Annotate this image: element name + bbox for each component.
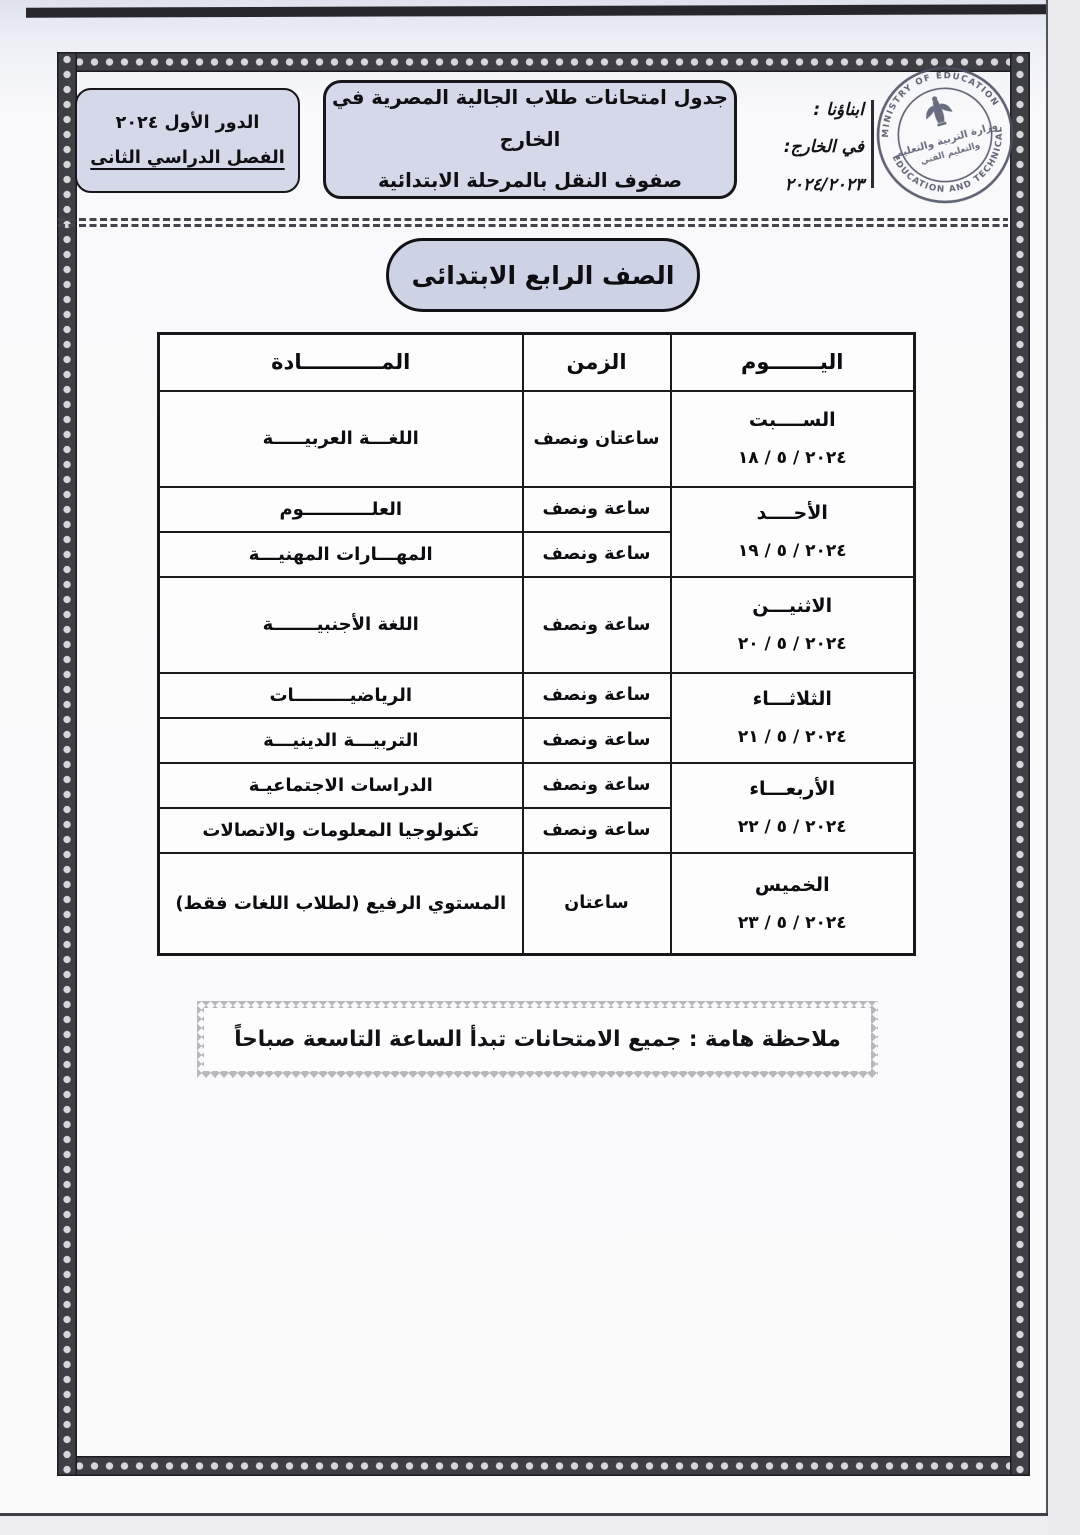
table-row-saturday: الســــبت ٢٠٢٤ / ٥ / ١٨ ساعتان ونصف اللغ…	[159, 391, 915, 487]
day-cell: الاثنيـــن ٢٠٢٤ / ٥ / ٢٠	[671, 577, 915, 673]
time-cell: ساعتان ونصف	[523, 391, 671, 487]
important-note-box: ملاحظة هامة : جميع الامتحانات تبدأ الساع…	[197, 1001, 878, 1078]
column-header-time: الزمن	[523, 334, 671, 391]
brand-years: ٢٠٢٤/٢٠٢٣	[742, 167, 864, 204]
time-cell: ساعة ونصف	[523, 532, 671, 577]
day-name: الأحــــد	[682, 502, 904, 524]
subject-cell: الدراسات الاجتماعيـة	[159, 763, 523, 808]
table-row-wednesday-1: الأربعـــاء ٢٠٢٤ / ٥ / ٢٢ ساعة ونصف الدر…	[159, 763, 915, 808]
page-top-edge	[26, 4, 1048, 18]
subject-cell: اللغـــة العربيـــــة	[159, 391, 523, 487]
brand-line2: في الخارج:	[742, 129, 864, 166]
column-header-subject: المـــــــــــادة	[159, 334, 523, 391]
session-box: الدور الأول ٢٠٢٤ الفصل الدراسي الثانى	[75, 88, 300, 193]
day-date: ٢٠٢٤ / ٥ / ٢٢	[682, 817, 904, 837]
day-name: الخميس	[682, 874, 904, 896]
exam-schedule-table: اليـــــــوم الزمن المـــــــــــادة الس…	[157, 332, 916, 956]
day-cell: الأحــــد ٢٠٢٤ / ٥ / ١٩	[671, 487, 915, 577]
day-date: ٢٠٢٤ / ٥ / ٢١	[682, 727, 904, 747]
decorative-border-bottom	[57, 1456, 1030, 1476]
document-title-box: جدول امتحانات طلاب الجالية المصرية في ال…	[323, 80, 737, 199]
day-date: ٢٠٢٤ / ٥ / ١٨	[682, 448, 904, 468]
time-cell: ساعة ونصف	[523, 808, 671, 853]
grade-title-pill: الصف الرابع الابتدائى	[386, 238, 700, 312]
decorative-border-top	[57, 52, 1030, 72]
time-cell: ساعة ونصف	[523, 763, 671, 808]
document-title-line2: صفوف النقل بالمرحلة الابتدائية	[378, 160, 682, 202]
column-header-day: اليـــــــوم	[671, 334, 915, 391]
dashed-separator	[58, 218, 1008, 227]
decorative-border-right	[1010, 52, 1030, 1476]
decorative-border-left	[57, 52, 77, 1476]
time-cell: ساعة ونصف	[523, 577, 671, 673]
subject-cell: العلـــــــــــوم	[159, 487, 523, 532]
table-row-thursday: الخميس ٢٠٢٤ / ٥ / ٢٣ ساعتان المستوي الرف…	[159, 853, 915, 955]
day-name: الثلاثـــاء	[682, 688, 904, 710]
day-name: الأربعـــاء	[682, 778, 904, 800]
subject-cell: تكنولوجيا المعلومات والاتصالات	[159, 808, 523, 853]
subject-cell: المهـــارات المهنيـــة	[159, 532, 523, 577]
day-cell: الخميس ٢٠٢٤ / ٥ / ٢٣	[671, 853, 915, 955]
subject-cell: اللغة الأجنبيـــــــة	[159, 577, 523, 673]
brand-text-block: ابناؤنا : في الخارج: ٢٠٢٤/٢٠٢٣	[742, 92, 864, 204]
session-round-label: الدور الأول ٢٠٢٤	[116, 106, 260, 141]
table-row-sunday-1: الأحــــد ٢٠٢٤ / ٥ / ١٩ ساعة ونصف العلــ…	[159, 487, 915, 532]
scanned-document-page: الدور الأول ٢٠٢٤ الفصل الدراسي الثانى جد…	[0, 0, 1080, 1535]
subject-cell: المستوي الرفيع (لطلاب اللغات فقط)	[159, 853, 523, 955]
important-note-text: ملاحظة هامة : جميع الامتحانات تبدأ الساع…	[204, 1008, 871, 1071]
day-date: ٢٠٢٤ / ٥ / ٢٠	[682, 634, 904, 654]
day-cell: الســــبت ٢٠٢٤ / ٥ / ١٨	[671, 391, 915, 487]
day-name: الاثنيـــن	[682, 595, 904, 617]
subject-cell: الرياضيـــــــــات	[159, 673, 523, 718]
table-row-monday: الاثنيـــن ٢٠٢٤ / ٥ / ٢٠ ساعة ونصف اللغة…	[159, 577, 915, 673]
ministry-seal-icon: MINISTRY OF EDUCATION EDUCATION AND TECH…	[857, 47, 1033, 223]
eagle-emblem-icon	[921, 93, 956, 130]
day-name: الســــبت	[682, 409, 904, 431]
day-date: ٢٠٢٤ / ٥ / ١٩	[682, 541, 904, 561]
table-header-row: اليـــــــوم الزمن المـــــــــــادة	[159, 334, 915, 391]
brand-line1: ابناؤنا :	[742, 92, 864, 129]
semester-label: الفصل الدراسي الثانى	[90, 141, 284, 176]
document-title-line1: جدول امتحانات طلاب الجالية المصرية في ال…	[326, 77, 734, 161]
time-cell: ساعتان	[523, 853, 671, 955]
day-cell: الثلاثـــاء ٢٠٢٤ / ٥ / ٢١	[671, 673, 915, 763]
page-right-edge	[1046, 0, 1080, 1535]
day-cell: الأربعـــاء ٢٠٢٤ / ٥ / ٢٢	[671, 763, 915, 853]
table-row-tuesday-1: الثلاثـــاء ٢٠٢٤ / ٥ / ٢١ ساعة ونصف الري…	[159, 673, 915, 718]
day-date: ٢٠٢٤ / ٥ / ٢٣	[682, 913, 904, 933]
subject-cell: التربيـــة الدينيـــة	[159, 718, 523, 763]
time-cell: ساعة ونصف	[523, 487, 671, 532]
page-bottom-edge	[0, 1513, 1048, 1535]
time-cell: ساعة ونصف	[523, 718, 671, 763]
time-cell: ساعة ونصف	[523, 673, 671, 718]
